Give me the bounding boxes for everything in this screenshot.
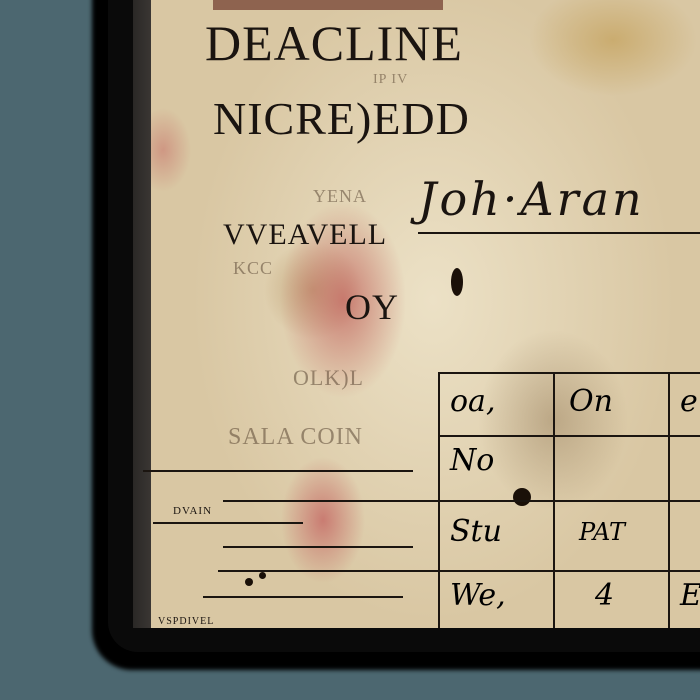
grid-cell: E xyxy=(670,572,700,628)
grid-cell: 4 xyxy=(555,572,670,628)
headline-line-2: NICRE)EDD xyxy=(213,92,470,145)
ruled-line xyxy=(143,470,413,472)
caps-line: VVEAVELL xyxy=(223,218,387,252)
grid-cell: Stu xyxy=(440,502,555,572)
ruled-line xyxy=(203,596,403,598)
faint-text-low: SALA COIN xyxy=(228,424,363,451)
script-title: Joh·Aran xyxy=(418,172,645,226)
bottom-left-stamp: VSPDIVEL xyxy=(158,616,214,627)
title-underline xyxy=(418,232,700,234)
handwritten-grid: oa, On e No Stu PAT We, 4 E xyxy=(438,372,700,628)
grid-cell: No xyxy=(440,437,555,502)
ink-dot xyxy=(259,572,266,579)
grid-cell: oa, xyxy=(440,372,555,437)
ink-dot xyxy=(245,578,253,586)
canvas-side-edge xyxy=(133,0,151,628)
small-subtext: IP IV xyxy=(373,72,408,88)
grid-cell xyxy=(670,437,700,502)
ruled-line xyxy=(223,500,443,502)
oy-text: OY xyxy=(345,286,399,328)
small-caps-top: YENA xyxy=(313,186,367,207)
grid-cell xyxy=(670,502,700,572)
pink-stamp-text: DVAIN xyxy=(173,505,212,517)
artwork-canvas: DEACLINE IP IV NICRE)EDD Joh·Aran YENA V… xyxy=(133,0,700,628)
grid-cell: PAT xyxy=(555,502,670,572)
top-color-band xyxy=(213,0,443,10)
grid-cell xyxy=(555,437,670,502)
ruled-line xyxy=(218,570,438,572)
headline-line-1: DEACLINE xyxy=(205,14,463,72)
ruled-line xyxy=(223,546,413,548)
grid-cell: e xyxy=(670,372,700,437)
faint-text-mid: OLK)L xyxy=(293,365,364,391)
faint-line: KCC xyxy=(233,258,273,279)
ruled-line xyxy=(153,522,303,524)
grid-cell: We, xyxy=(440,572,555,628)
ink-drop xyxy=(451,268,463,296)
grid-cell: On xyxy=(555,372,670,437)
